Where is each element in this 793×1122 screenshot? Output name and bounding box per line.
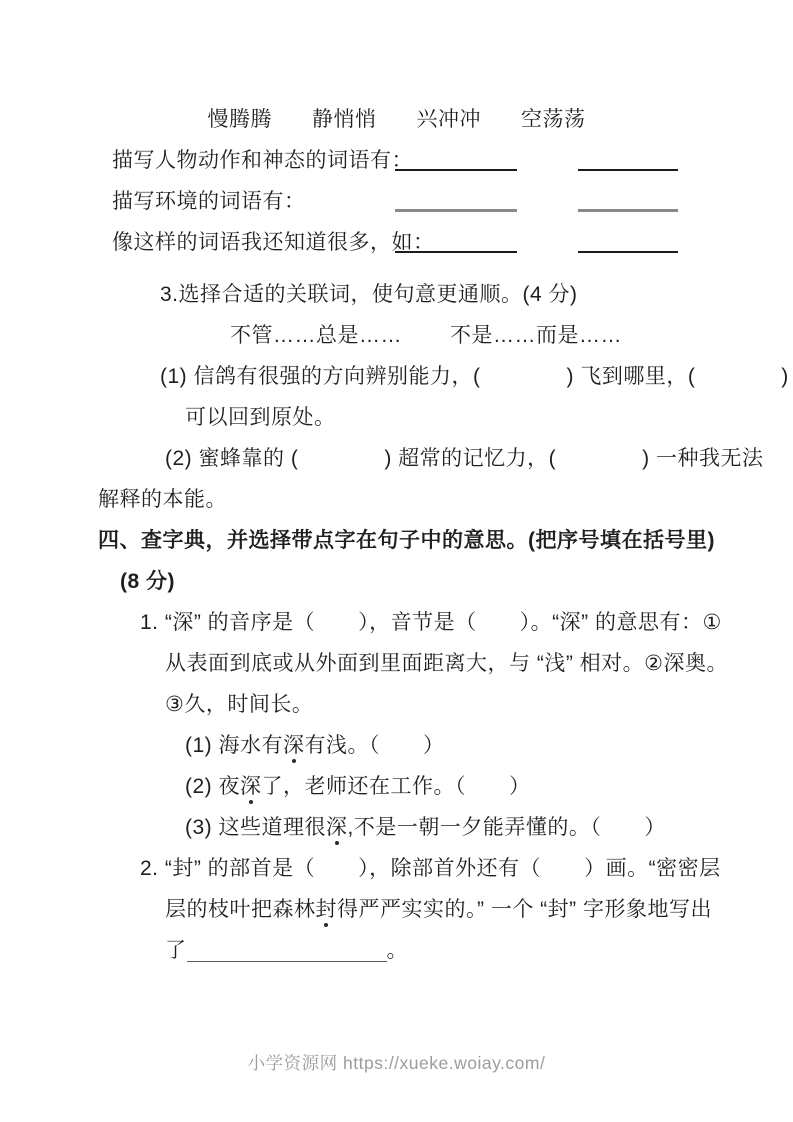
q3-conjunction-pair2: 不是……而是…… <box>450 319 622 349</box>
q4-sub1-item-text: (1) 海水有 <box>185 729 283 759</box>
dotted-character: 深 <box>283 729 305 759</box>
dotted-character: 深 <box>326 811 348 841</box>
answer-blank <box>187 935 387 962</box>
q4-sub1-def-row: 从表面到底或从外面到里面距离大，与 “浅” 相对。②深奥。 <box>165 641 695 682</box>
q4-sub1-def-row: ③久，时间长。 <box>165 682 695 723</box>
q3-item2-text: (2) 蜜蜂靠的 ( ) 超常的记忆力，( ) 一种我无法 <box>165 442 763 472</box>
q3-conjunction-pair1: 不管……总是…… <box>230 319 402 349</box>
prompt-environment-row: 描写环境的词语有： <box>112 179 695 220</box>
word-bank-item: 兴冲冲 <box>417 103 482 133</box>
q3-item1-continuation: 可以回到原处。 <box>185 401 336 431</box>
q4-sub1-item-row: (1) 海水有 深 有浅。（ ） <box>185 723 695 764</box>
answer-blank <box>578 251 678 253</box>
q4-sub1-item-text: 有浅。（ ） <box>305 729 445 759</box>
q4-sub1-item-row: (3) 这些道理很 深 ,不是一朝一夕能弄懂的。（ ） <box>185 805 695 846</box>
q3-title-row: 3.选择合适的关联词，使句意更通顺。(4 分) <box>160 272 695 313</box>
q3-title: 3.选择合适的关联词，使句意更通顺。(4 分) <box>160 278 578 308</box>
q4-sub1-item-text: (3) 这些道理很 <box>185 811 326 841</box>
test-paper-page: 慢腾腾 静悄悄 兴冲冲 空荡荡 描写人物动作和神态的词语有： 描写环境的词语有：… <box>0 0 793 969</box>
q4-sub1-item-row: (2) 夜 深 了，老师还在工作。（ ） <box>185 764 695 805</box>
q3-item2-continuation: 解释的本能。 <box>98 483 227 513</box>
q4-score: (8 分) <box>120 565 175 595</box>
q3-item2-continuation-row: 解释的本能。 <box>98 477 695 518</box>
q3-item1-row: (1) 信鸽有很强的方向辨别能力，( ) 飞到哪里，( ) <box>160 354 695 395</box>
q3-item1-text: (1) 信鸽有很强的方向辨别能力，( ) 飞到哪里，( ) <box>160 360 789 390</box>
answer-blank <box>578 209 678 212</box>
q4-score-row: (8 分) <box>120 559 695 600</box>
q3-item1-continuation-row: 可以回到原处。 <box>185 395 695 436</box>
prompt-more-row: 像这样的词语我还知道很多，如： <box>112 220 695 261</box>
q4-sub2-answer-row: 了 。 <box>165 928 695 969</box>
answer-blank <box>395 251 517 253</box>
prompt-people-label: 描写人物动作和神态的词语有： <box>112 144 413 174</box>
word-bank-row: 慢腾腾 静悄悄 兴冲冲 空荡荡 <box>98 97 695 138</box>
word-bank-item: 静悄悄 <box>312 103 377 133</box>
dotted-character: 深 <box>240 770 262 800</box>
prompt-environment-label: 描写环境的词语有： <box>112 185 306 215</box>
q4-sub2-row: 2. “封” 的部首是（ ），除部首外还有（ ）画。“密密层 <box>140 846 695 887</box>
q4-sub2-continuation-row: 层的枝叶把森林 封 得严严实实的。” 一个 “封” 字形象地写出 <box>165 887 695 928</box>
q4-sub2-answer-suffix: 。 <box>387 934 409 964</box>
q3-item2-row: (2) 蜜蜂靠的 ( ) 超常的记忆力，( ) 一种我无法 <box>165 436 695 477</box>
q4-sub2-text: 层的枝叶把森林 <box>165 893 316 923</box>
q4-sub2-text: 2. “封” 的部首是（ ），除部首外还有（ ）画。“密密层 <box>140 852 721 882</box>
answer-blank <box>578 169 678 171</box>
dotted-character: 封 <box>316 893 338 923</box>
q4-section-title-row: 四、查字典，并选择带点字在句子中的意思。(把序号填在括号里) <box>98 518 695 559</box>
q3-conjunction-options-row: 不管……总是…… 不是……而是…… <box>230 313 695 354</box>
answer-blank <box>395 209 517 212</box>
q4-sub1-text: 1. “深” 的音序是（ ），音节是（ ）。“深” 的意思有：① <box>140 606 722 636</box>
q4-sub1-item-text: 了，老师还在工作。（ ） <box>262 770 531 800</box>
site-watermark-text: 小学资源网 https://xueke.woiay.com/ <box>248 1053 546 1073</box>
prompt-people-row: 描写人物动作和神态的词语有： <box>112 138 695 179</box>
prompt-more-label: 像这样的词语我还知道很多，如： <box>112 226 435 256</box>
word-bank-item: 空荡荡 <box>521 103 586 133</box>
word-bank-item: 慢腾腾 <box>208 103 273 133</box>
q4-section-title: 四、查字典，并选择带点字在句子中的意思。(把序号填在括号里) <box>98 524 715 554</box>
q4-sub1-item-text: ,不是一朝一夕能弄懂的。（ ） <box>348 811 666 841</box>
answer-blank <box>395 169 517 171</box>
q4-sub1-definition: ③久，时间长。 <box>165 688 313 718</box>
q4-sub1-definition: 从表面到底或从外面到里面距离大，与 “浅” 相对。②深奥。 <box>165 647 728 677</box>
q4-sub1-row: 1. “深” 的音序是（ ），音节是（ ）。“深” 的意思有：① <box>140 600 695 641</box>
q4-sub1-item-text: (2) 夜 <box>185 770 240 800</box>
q4-sub2-text: 得严严实实的。” 一个 “封” 字形象地写出 <box>337 893 712 923</box>
q4-sub2-answer-prefix: 了 <box>165 934 187 964</box>
site-watermark: 小学资源网 https://xueke.woiay.com/ <box>0 1050 793 1075</box>
